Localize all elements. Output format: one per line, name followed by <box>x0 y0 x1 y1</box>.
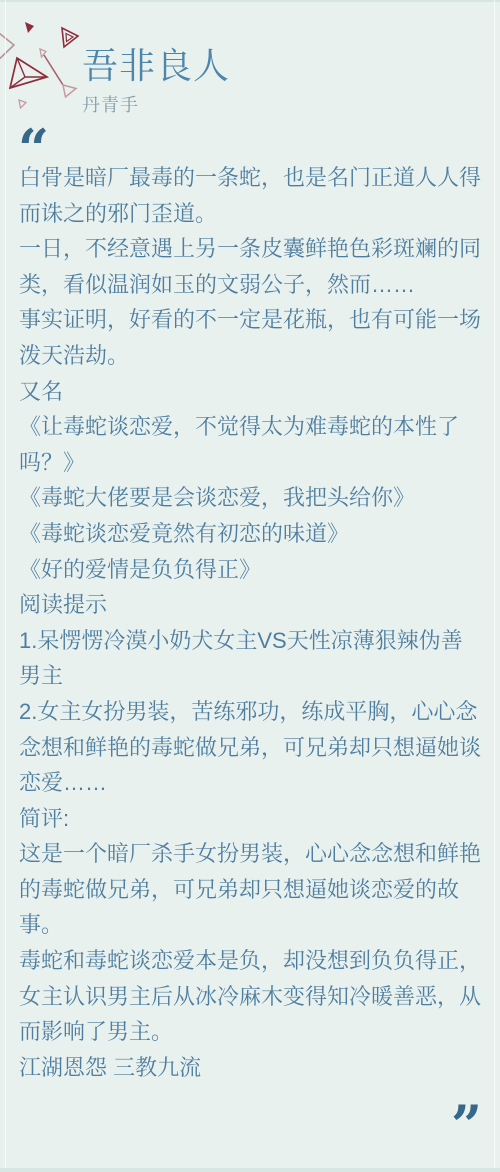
book-description: 白骨是暗厂最毒的一条蛇，也是名门正道人人得而诛之的邪门歪道。一日，不经意遇上另一… <box>19 160 481 1085</box>
description-paragraph: 毒蛇和毒蛇谈恋爱本是负，却没想到负负得正，女主认识男主后从冰冷麻木变得知冷暖善恶… <box>19 943 481 1050</box>
description-paragraph: 1.呆愣愣冷漠小奶犬女主VS天性凉薄狠辣伪善男主 <box>19 623 481 694</box>
book-author: 丹青手 <box>82 91 230 117</box>
description-paragraph: 事实证明，好看的不一定是花瓶，也有可能一场泼天浩劫。 <box>19 302 481 373</box>
description-paragraph: 2.女主女扮男装，苦练邪功，练成平胸，心心念念想和鲜艳的毒蛇做兄弟，可兄弟却只想… <box>19 694 481 801</box>
description-paragraph: 阅读提示 <box>19 587 481 623</box>
description-paragraph: 《好的爱情是负负得正》 <box>19 552 481 588</box>
book-title: 吾非良人 <box>82 46 230 86</box>
description-paragraph: 《毒蛇谈恋爱竟然有初恋的味道》 <box>19 516 481 552</box>
description-paragraph: 这是一个暗厂杀手女扮男装，心心念念想和鲜艳的毒蛇做兄弟，可兄弟却只想逼她谈恋爱的… <box>19 836 481 943</box>
description-paragraph: 简评: <box>19 801 481 837</box>
description-paragraph: 又名 <box>19 374 481 410</box>
description-paragraph: 江湖恩怨 三教九流 <box>19 1050 481 1086</box>
book-header: 吾非良人 丹青手 <box>82 46 230 117</box>
description-paragraph: 白骨是暗厂最毒的一条蛇，也是名门正道人人得而诛之的邪门歪道。 <box>19 160 481 231</box>
description-paragraph: 《毒蛇大佬要是会谈恋爱，我把头给你》 <box>19 480 481 516</box>
description-paragraph: 一日，不经意遇上另一条皮囊鲜艳色彩斑斓的同类，看似温润如玉的文弱公子，然而…… <box>19 231 481 302</box>
description-paragraph: 《让毒蛇谈恋爱，不觉得太为难毒蛇的本性了吗？》 <box>19 409 481 480</box>
top-edge-line <box>0 0 500 2</box>
book-intro-card: 吾非良人 丹青手 “ 白骨是暗厂最毒的一条蛇，也是名门正道人人得而诛之的邪门歪道… <box>0 0 500 1172</box>
close-quote-mark: ” <box>451 1098 482 1142</box>
bottom-edge-line <box>0 1168 500 1172</box>
